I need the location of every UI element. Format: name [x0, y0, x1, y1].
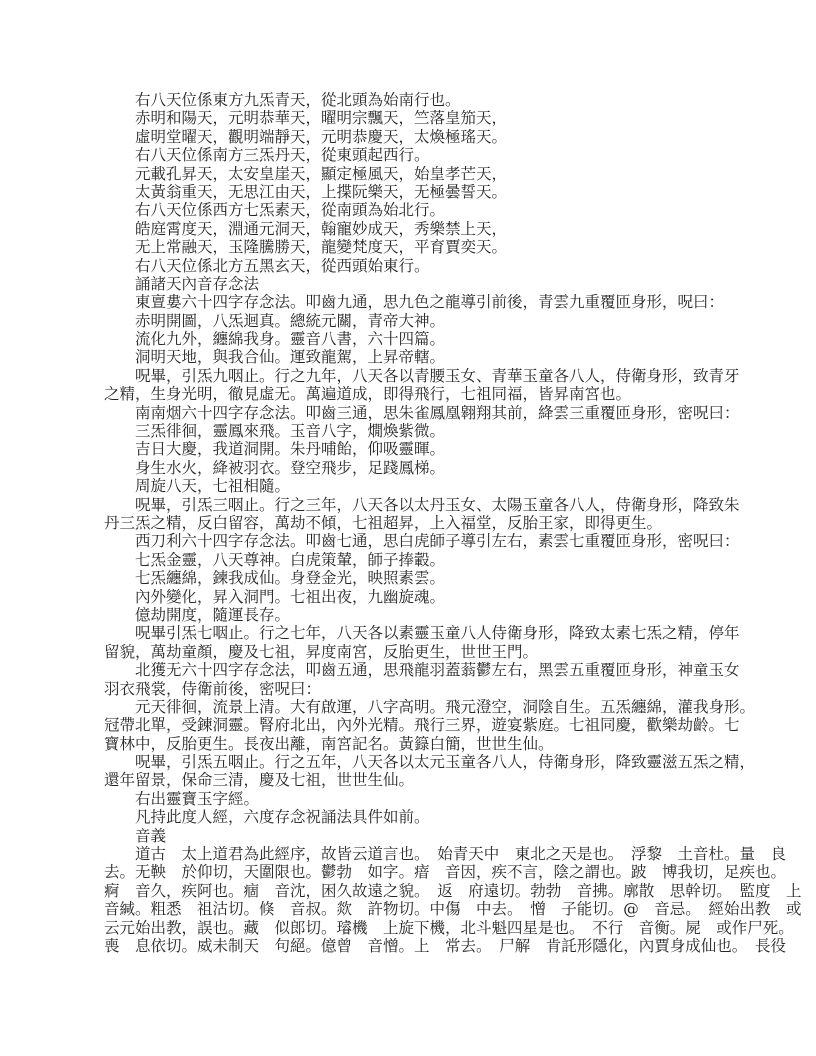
text-line: 赤明和陽天，元明恭華天，曜明宗飄天，竺落皇笳天，: [104, 109, 724, 127]
text-line: 无上常融天，玉隆騰勝天，龍變梵度天，平育賈奕天。: [104, 238, 724, 256]
text-line: 赤明開圖，八炁迴真。總統元關，青帝大神。: [104, 312, 724, 330]
text-line: 七炁金靈，八天尊神。白虎策輦，師子捧轂。: [104, 551, 724, 569]
text-line: 呪畢引炁七咽止。行之七年，八天各以素靈玉童八人侍衛身形，降致太素七炁之精，停年: [104, 624, 724, 642]
text-line: 痾 音久，疾阿也。痼 音沈，困久故遠之貌。 返 府遠切。勃勃 音拂。廓散 思幹切…: [104, 882, 724, 900]
text-line: 右八天位係西方七炁素天，從南頭為始北行。: [104, 201, 724, 219]
text-line: 右八天位係東方九炁青天，從北頭為始南行也。: [104, 91, 724, 109]
text-line: 身生水火，絳被羽衣。登空飛步，足踐鳳梯。: [104, 459, 724, 477]
text-line: 之精，生身光明，徹見虛无。萬遍道成，即得飛行，七祖同福，皆昇南宮也。: [104, 385, 724, 403]
text-line: 億劫開度，隨運長存。: [104, 606, 724, 624]
text-block: 右八天位係東方九炁青天，從北頭為始南行也。 赤明和陽天，元明恭華天，曜明宗飄天，…: [104, 91, 724, 955]
text-line: 云元始出教，誤也。藏 似郎切。璿機 上旋下機，北斗魁四星是也。 不行 音衡。屍 …: [104, 919, 724, 937]
text-line: 還年留景，保命三清，慶及七祖，世世生仙。: [104, 771, 724, 789]
text-line: 喪 息依切。威未制天 句絕。億曾 音憎。上 常去。 尸解 肯託形隱化，內賈身成仙…: [104, 937, 724, 955]
text-line: 元載孔昇天，太安皇崖天，顯定極風天，始皇孝芒天，: [104, 165, 724, 183]
text-line: 呪畢，引炁五咽止。行之五年，八天各以太元玉童各八人，侍衛身形，降致靈滋五炁之精，: [104, 753, 724, 771]
text-line: 西刀利六十四字存念法。叩齒七通，思白虎師子導引左右，素雲七重覆匝身形，密呪曰：: [104, 532, 724, 550]
text-line: 丹三炁之精，反白留容，萬劫不傾，七祖超昇，上入福堂，反胎王家，即得更生。: [104, 514, 724, 532]
section-heading: 誦諸天內音存念法: [104, 275, 724, 293]
text-line: 留貌，萬劫童顏，慶及七祖，昇度南宮，反胎更生，世世王門。: [104, 643, 724, 661]
text-line: 洞明天地，與我合仙。運致龍駕，上昇帝轄。: [104, 348, 724, 366]
text-line: 三炁徘徊，靈鳳來飛。玉音八字，燗煥紫微。: [104, 422, 724, 440]
text-line: 流化九外，纏綿我身。靈音八書，六十四篇。: [104, 330, 724, 348]
text-line: 去。无鞅 於仰切，天圍限也。鬱勃 如字。瘖 音因，疾不言，陰之謂也。跛 博我切，…: [104, 863, 724, 881]
text-line: 皓庭霄度天，淵通元洞天，翰寵妙成天，秀樂禁上天，: [104, 220, 724, 238]
text-line: 寶林中，反胎更生。長夜出離，南宮記名。黃籙白簡，世世生仙。: [104, 735, 724, 753]
text-line: 冠帶北單，受鍊洞靈。腎府北出，內外光精。飛行三界，遊宴紫庭。七祖同慶，歡樂劫齡。…: [104, 716, 724, 734]
text-line: 道古 太上道君為此經序，故皆云道言也。 始青天中 東北之天是也。 浮黎 土音杜。…: [104, 845, 724, 863]
text-line: 羽衣飛裳，侍衛前後，密呪曰：: [104, 680, 724, 698]
section-heading: 音義: [104, 827, 724, 845]
text-line: 北獲无六十四字存念法，叩齒五通，思飛龍羽蓋蓊鬱左右，黑雲五重覆匝身形，神童玉女: [104, 661, 724, 679]
text-line: 虛明堂曜天，觀明端靜天，元明恭慶天，太煥極瑤天。: [104, 128, 724, 146]
text-line: 七炁纏綿，鍊我成仙。身登金光，映照素雲。: [104, 569, 724, 587]
text-line: 呪畢，引炁九咽止。行之九年，八天各以青腰玉女、青華玉童各八人，侍衛身形，致青牙: [104, 367, 724, 385]
text-line: 周旋八天，七祖相隨。: [104, 477, 724, 495]
text-line: 右八天位係南方三炁丹天，從東頭起西行。: [104, 146, 724, 164]
text-line: 吉日大慶，我道洞開。朱丹哺飴，仰吸靈暉。: [104, 440, 724, 458]
text-line: 凡持此度人經，六度存念祝誦法具件如前。: [104, 808, 724, 826]
text-line: 東亶婁六十四字存念法。叩齒九通，思九色之龍導引前後，青雲九重覆匝身形，呪曰：: [104, 293, 724, 311]
text-line: 內外變化，昇入洞門。七祖出夜，九幽旋魂。: [104, 588, 724, 606]
document-page: 右八天位係東方九炁青天，從北頭為始南行也。 赤明和陽天，元明恭華天，曜明宗飄天，…: [0, 0, 816, 1056]
text-line: 呪畢，引炁三咽止。行之三年，八天各以太丹玉女、太陽玉童各八人，侍衛身形，降致朱: [104, 496, 724, 514]
text-line: 右出靈寶玉字經。: [104, 790, 724, 808]
text-line: 南南烟六十四字存念法。叩齒三通，思朱雀鳳凰翱翔其前，絳雲三重覆匝身形，密呪曰：: [104, 404, 724, 422]
text-line: 元天徘徊，流景上清。大有啟運，八字高明。飛元澄空，洞陰自生。五炁纏綿，灌我身形。: [104, 698, 724, 716]
text-line: 右八天位係北方五黑玄天，從西頭始東行。: [104, 257, 724, 275]
text-line: 太黃翁重天，无思江由天，上揲阮樂天，无極曇誓天。: [104, 183, 724, 201]
text-line: 音緘。粗悉 祖沽切。倏 音叔。欻 許物切。中傷 中去。 憎 子能切。@ 音忌。 …: [104, 900, 724, 918]
